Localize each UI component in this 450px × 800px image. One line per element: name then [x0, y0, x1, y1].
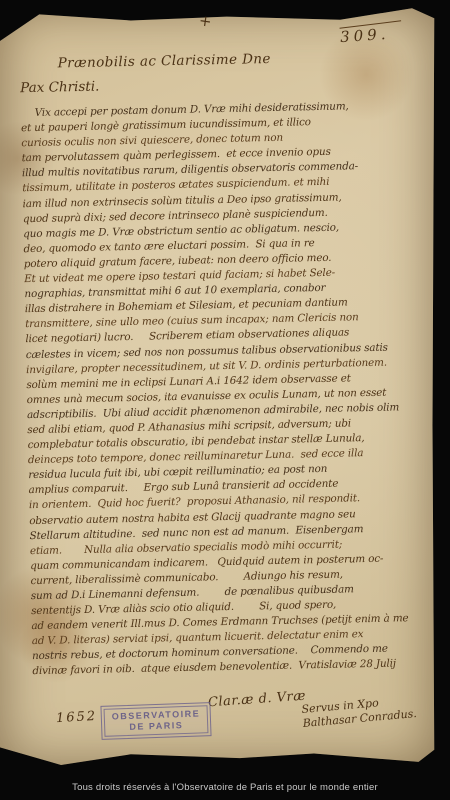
closing-year: 1652 [56, 709, 98, 726]
cross-mark: + [198, 11, 213, 31]
observatoire-stamp: OBSERVATOIREDE PARIS [100, 702, 211, 740]
salutation-line: Pax Christi. [20, 72, 418, 96]
letter-body: Vix accepi per postam donum D. Vræ mihi … [21, 98, 431, 680]
letter-text: Prænobilis ac Clarissime Dne Pax Christi… [20, 48, 431, 680]
copyright-caption: Tous droits réservés à l'Observatoire de… [0, 782, 450, 793]
manuscript-scan: + 309. Prænobilis ac Clarissime Dne Pax … [0, 0, 450, 800]
stamp-inner-border: OBSERVATOIREDE PARIS [104, 705, 209, 737]
